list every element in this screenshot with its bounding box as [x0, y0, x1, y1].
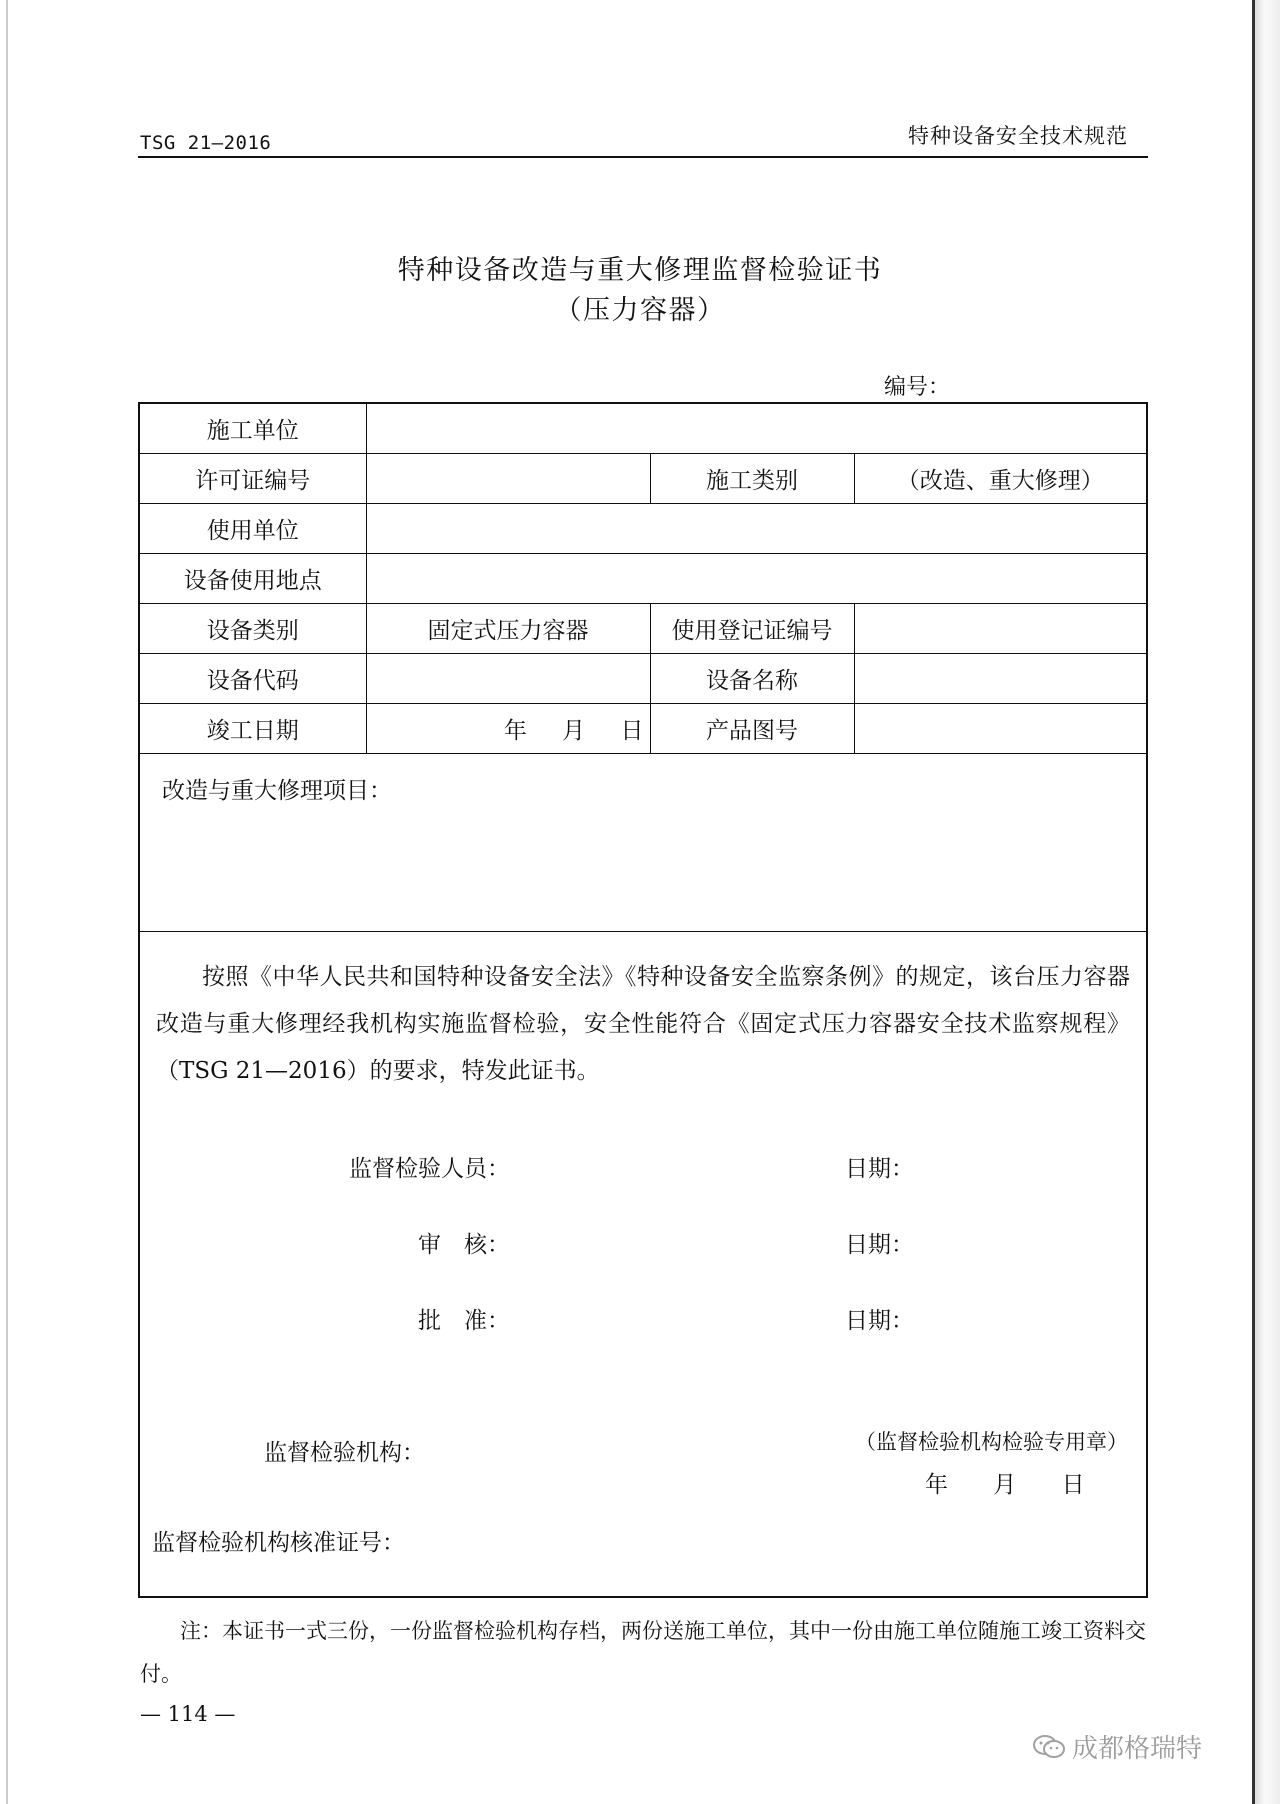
- label-equipment-location: 设备使用地点: [140, 554, 366, 604]
- equipment-name-field[interactable]: [854, 654, 1146, 704]
- info-table: 施工单位 许可证编号 施工类别 （改造、重大修理） 使用单位 设备使用地点 设备…: [140, 404, 1146, 754]
- label-completion-date: 竣工日期: [140, 704, 366, 754]
- table-row: 使用单位: [140, 504, 1146, 554]
- footnote: 注：本证书一式三份，一份监督检验机构存档，两份送施工单位，其中一份由施工单位随施…: [140, 1610, 1150, 1696]
- table-row: 设备代码 设备名称: [140, 654, 1146, 704]
- label-registration-number: 使用登记证编号: [650, 604, 854, 654]
- drawing-number-field[interactable]: [854, 704, 1146, 754]
- reviewer-date-label: 日期：: [845, 1226, 914, 1259]
- table-row: 设备使用地点: [140, 554, 1146, 604]
- project-section[interactable]: 改造与重大修理项目：: [140, 754, 1146, 932]
- label-equipment-name: 设备名称: [650, 654, 854, 704]
- header-rule: [138, 156, 1148, 158]
- equipment-code-field[interactable]: [366, 654, 650, 704]
- registration-number-field[interactable]: [854, 604, 1146, 654]
- project-label: 改造与重大修理项目：: [162, 778, 392, 804]
- page-number: — 114 —: [140, 1702, 235, 1726]
- label-license-number: 许可证编号: [140, 454, 366, 504]
- table-row: 竣工日期 年 月 日 产品图号: [140, 704, 1146, 754]
- inspector-label: 监督检验人员：: [170, 1150, 510, 1183]
- wechat-icon: [1032, 1734, 1066, 1760]
- label-drawing-number: 产品图号: [650, 704, 854, 754]
- construction-unit-field[interactable]: [366, 404, 1146, 454]
- approver-label: 批 准：: [170, 1302, 510, 1335]
- inspection-org-label: 监督检验机构：: [264, 1434, 425, 1467]
- label-equipment-code: 设备代码: [140, 654, 366, 704]
- reviewer-label: 审 核：: [170, 1226, 510, 1259]
- label-construction-type: 施工类别: [650, 454, 854, 504]
- certification-statement: 按照《中华人民共和国特种设备安全法》《特种设备安全监察条例》的规定，该台压力容器…: [140, 932, 1146, 1095]
- document-title: 特种设备改造与重大修理监督检验证书: [0, 248, 1280, 287]
- user-unit-field[interactable]: [366, 504, 1146, 554]
- watermark-text: 成都格瑞特: [1072, 1728, 1202, 1765]
- completion-date-field[interactable]: 年 月 日: [366, 704, 650, 754]
- equipment-category-field[interactable]: 固定式压力容器: [366, 604, 650, 654]
- seal-date: 年 月 日: [925, 1466, 1085, 1499]
- label-equipment-category: 设备类别: [140, 604, 366, 654]
- certificate-form: 施工单位 许可证编号 施工类别 （改造、重大修理） 使用单位 设备使用地点 设备…: [138, 402, 1148, 1598]
- license-number-field[interactable]: [366, 454, 650, 504]
- document-subtitle: （压力容器）: [0, 288, 1280, 327]
- table-row: 设备类别 固定式压力容器 使用登记证编号: [140, 604, 1146, 654]
- construction-type-field[interactable]: （改造、重大修理）: [854, 454, 1146, 504]
- inspector-date-label: 日期：: [845, 1150, 914, 1183]
- table-row: 许可证编号 施工类别 （改造、重大修理）: [140, 454, 1146, 504]
- serial-number-label: 编号：: [884, 370, 950, 401]
- approval-number-label: 监督检验机构核准证号：: [152, 1524, 405, 1557]
- watermark: 成都格瑞特: [1032, 1728, 1202, 1765]
- equipment-location-field[interactable]: [366, 554, 1146, 604]
- approver-date-label: 日期：: [845, 1302, 914, 1335]
- seal-label: （监督检验机构检验专用章）: [855, 1426, 1128, 1456]
- standard-code: TSG 21—2016: [140, 132, 271, 154]
- label-construction-unit: 施工单位: [140, 404, 366, 454]
- series-title: 特种设备安全技术规范: [908, 120, 1128, 150]
- label-user-unit: 使用单位: [140, 504, 366, 554]
- table-row: 施工单位: [140, 404, 1146, 454]
